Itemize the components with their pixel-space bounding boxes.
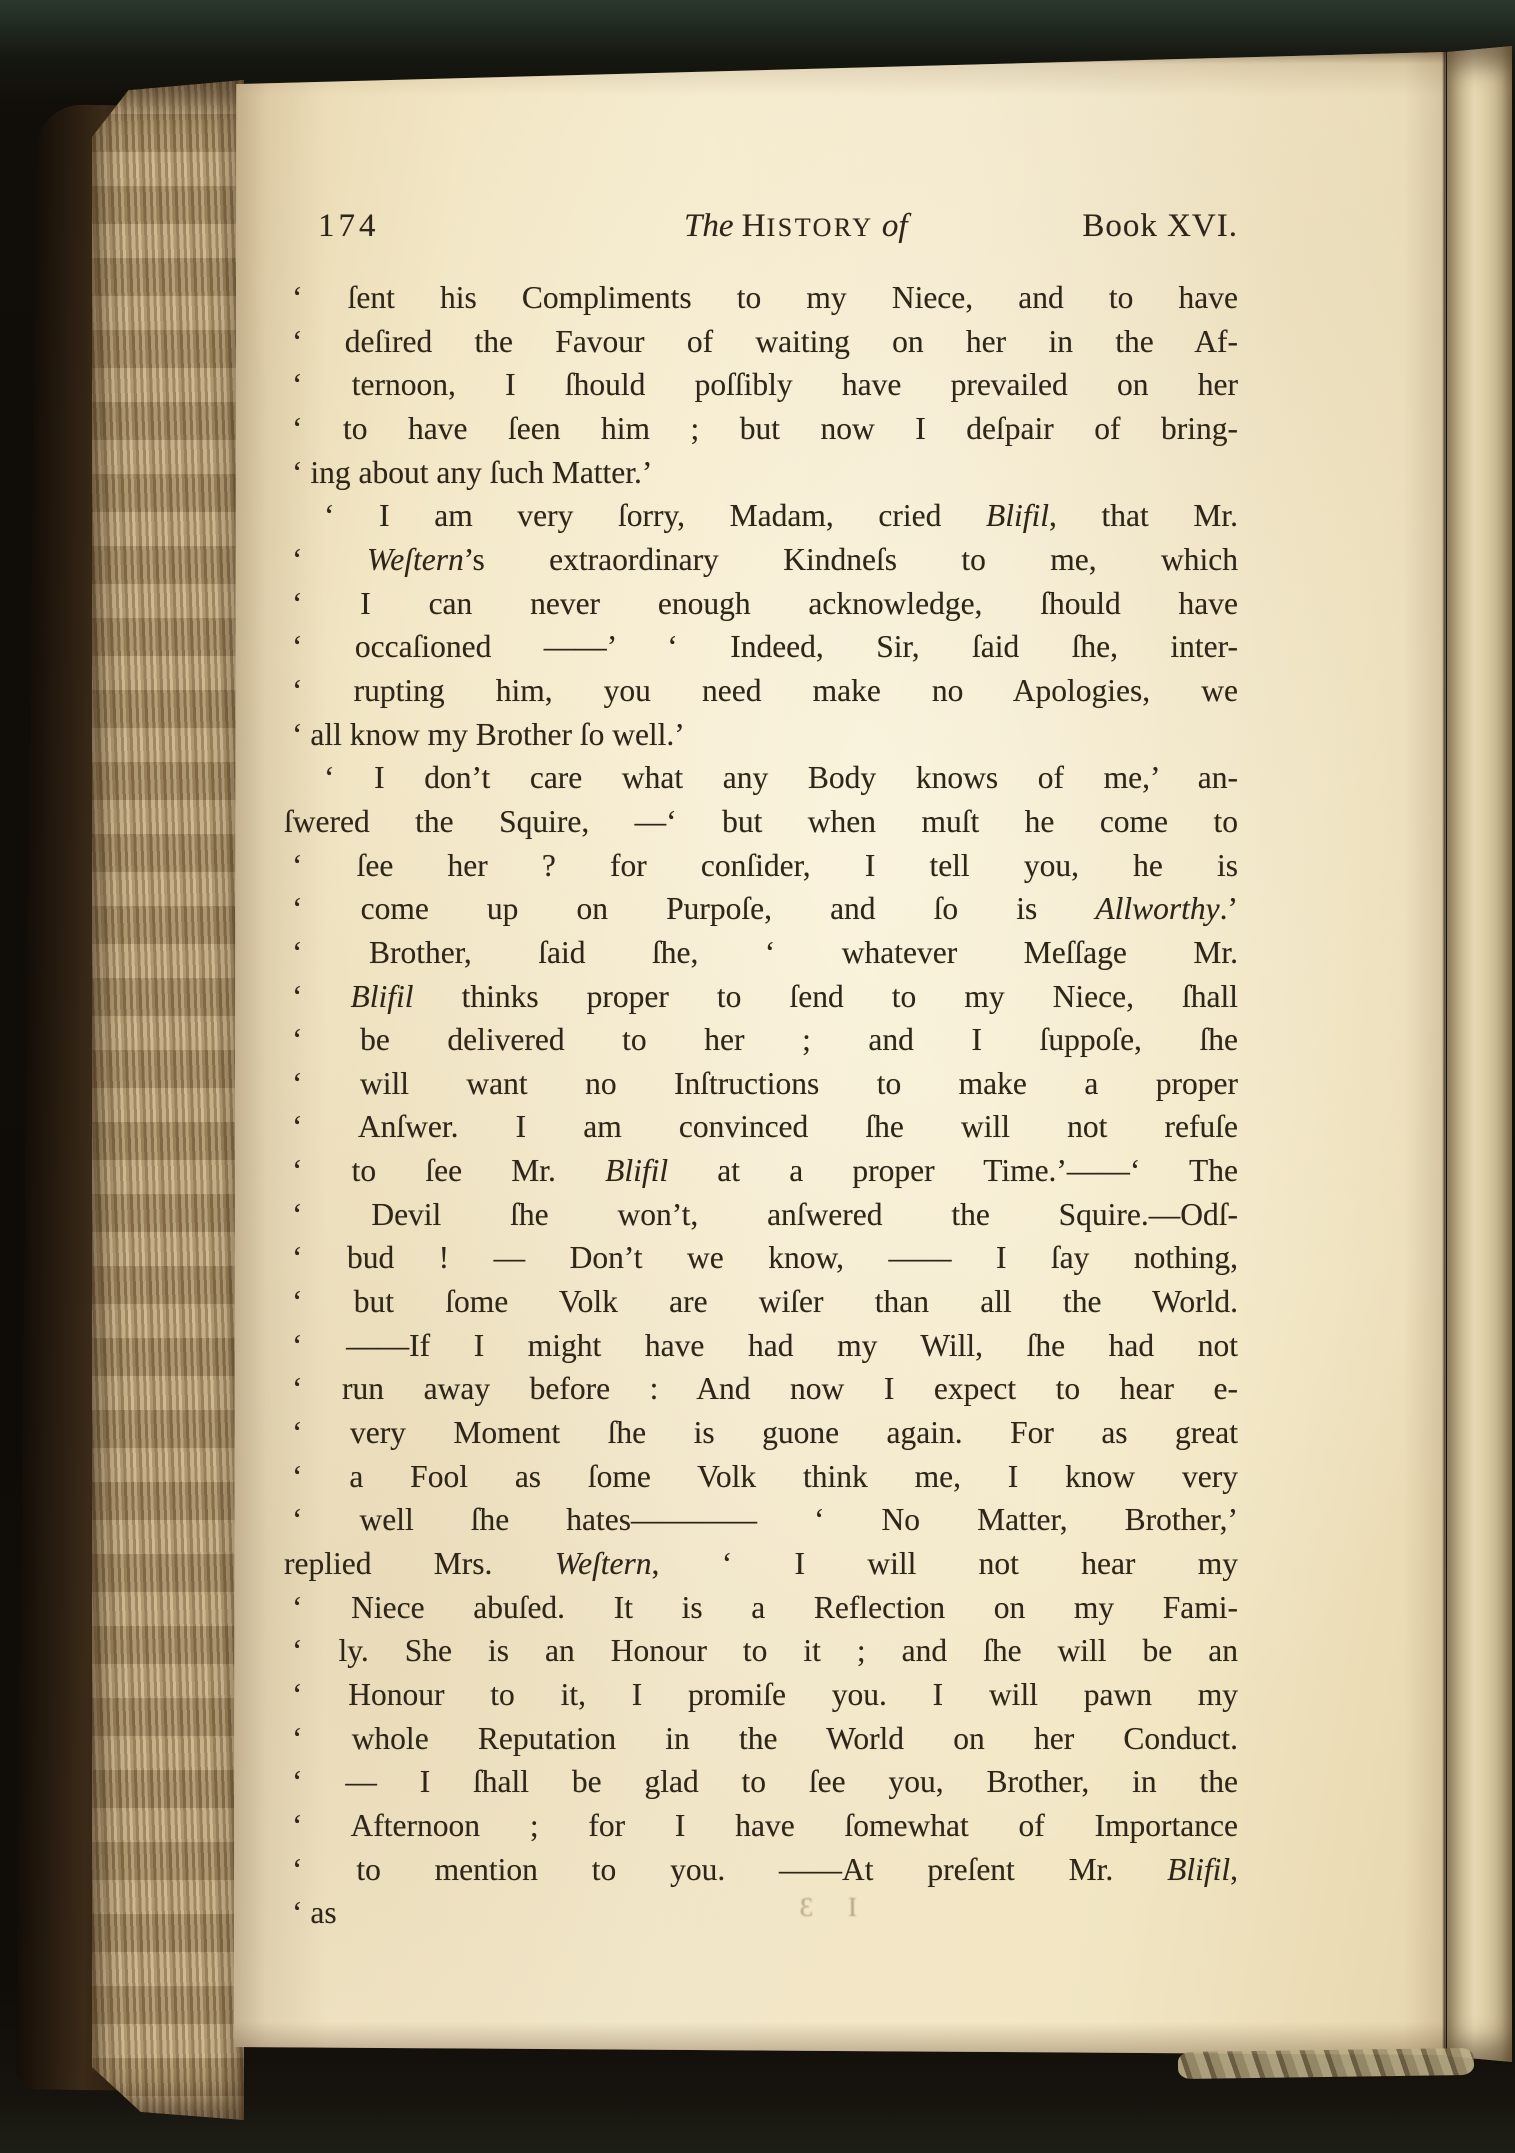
text-line: ‘ be delivered to her ; and I ſuppoſe, ſ… [284, 1018, 1238, 1062]
facing-page-edge [1447, 46, 1512, 2062]
text-line: ‘ come up on Purpoſe, and ſo is Allworth… [284, 887, 1238, 931]
text-line: ‘ Afternoon ; for I have ſomewhat of Imp… [284, 1804, 1238, 1848]
running-title-history: ISTORY [767, 213, 874, 242]
text-line: ‘ very Moment ſhe is guone again. For as… [284, 1411, 1238, 1455]
text-line: ‘ ternoon, I ſhould poſſibly have prevai… [284, 363, 1238, 407]
text-line: ‘ to mention to you. ——At preſent Mr. Bl… [284, 1848, 1238, 1892]
text-line: ‘ I am very ſorry, Madam, cried Blifil, … [284, 494, 1238, 538]
text-line: ‘ ſee her ? for conſider, I tell you, he… [284, 844, 1238, 888]
text-line: ‘ Anſwer. I am convinced ſhe will not re… [284, 1105, 1238, 1149]
text-line: ‘ Niece abuſed. It is a Reflection on my… [284, 1586, 1238, 1630]
text-line: ſwered the Squire, —‘ but when muſt he c… [284, 800, 1238, 844]
running-title-history-initial: H [742, 208, 767, 244]
book-photograph: 174 The HISTORY of Book XVI. ‘ ſent his … [0, 0, 1515, 2153]
text-line: ‘ Brother, ſaid ſhe, ‘ whatever Meſſage … [284, 931, 1238, 975]
text-line: ‘ I don’t care what any Body knows of me… [284, 756, 1238, 800]
page-content: 174 The HISTORY of Book XVI. ‘ ſent his … [232, 52, 1446, 2056]
text-line: ‘ ſent his Compliments to my Niece, and … [284, 276, 1238, 320]
text-line: ‘ Blifil thinks proper to ſend to my Nie… [284, 975, 1238, 1019]
text-line: ‘ a Fool as ſome Volk think me, I know v… [284, 1455, 1238, 1499]
running-title: The HISTORY of [684, 208, 908, 245]
running-head: 174 The HISTORY of Book XVI. [284, 208, 1238, 254]
signature-showthrough: I 3 [737, 1892, 857, 1923]
text-line: ‘ Honour to it, I promiſe you. I will pa… [284, 1673, 1238, 1717]
text-line: replied Mrs. Weſtern, ‘ I will not hear … [284, 1542, 1238, 1586]
text-line: ‘ to have ſeen him ; but now I deſpair o… [284, 407, 1238, 451]
text-line: ‘ occaſioned ——’ ‘ Indeed, Sir, ſaid ſhe… [284, 625, 1238, 669]
text-line: ‘ rupting him, you need make no Apologie… [284, 669, 1238, 713]
text-line: ‘ whole Reputation in the World on her C… [284, 1717, 1238, 1761]
text-line: ‘ bud ! — Don’t we know, —— I ſay nothin… [284, 1236, 1238, 1280]
text-line: ‘ Weſtern’s extraordinary Kindneſs to me… [284, 538, 1238, 582]
endband-braid [1178, 2048, 1474, 2079]
body-text: ‘ ſent his Compliments to my Niece, and … [284, 276, 1238, 1935]
left-page-edge-stack [92, 80, 244, 2120]
text-line: ‘ well ſhe hates———— ‘ No Matter, Brothe… [284, 1498, 1238, 1542]
text-line: ‘ ing about any ſuch Matter.’ [284, 451, 1238, 495]
text-line: ‘ all know my Brother ſo well.’ [284, 713, 1238, 757]
page-number: 174 [318, 208, 380, 245]
book-page: 174 The HISTORY of Book XVI. ‘ ſent his … [232, 52, 1446, 2056]
text-line: ‘ ——If I might have had my Will, ſhe had… [284, 1324, 1238, 1368]
text-line: ‘ Devil ſhe won’t, anſwered the Squire.—… [284, 1193, 1238, 1237]
text-line: ‘ but ſome Volk are wiſer than all the W… [284, 1280, 1238, 1324]
running-title-of: of [882, 208, 908, 244]
text-line: ‘ ly. She is an Honour to it ; and ſhe w… [284, 1629, 1238, 1673]
page-crease [1442, 50, 1447, 2058]
text-line: ‘ — I ſhall be glad to ſee you, Brother,… [284, 1760, 1238, 1804]
running-title-the: The [684, 208, 734, 244]
text-line: ‘ run away before : And now I expect to … [284, 1367, 1238, 1411]
text-line: ‘ to ſee Mr. Blifil at a proper Time.’——… [284, 1149, 1238, 1193]
text-line: ‘ deſired the Favour of waiting on her i… [284, 320, 1238, 364]
running-title-book: Book XVI. [1082, 208, 1238, 245]
text-line: ‘ I can never enough acknowledge, ſhould… [284, 582, 1238, 626]
text-line: ‘ will want no Inſtructions to make a pr… [284, 1062, 1238, 1106]
